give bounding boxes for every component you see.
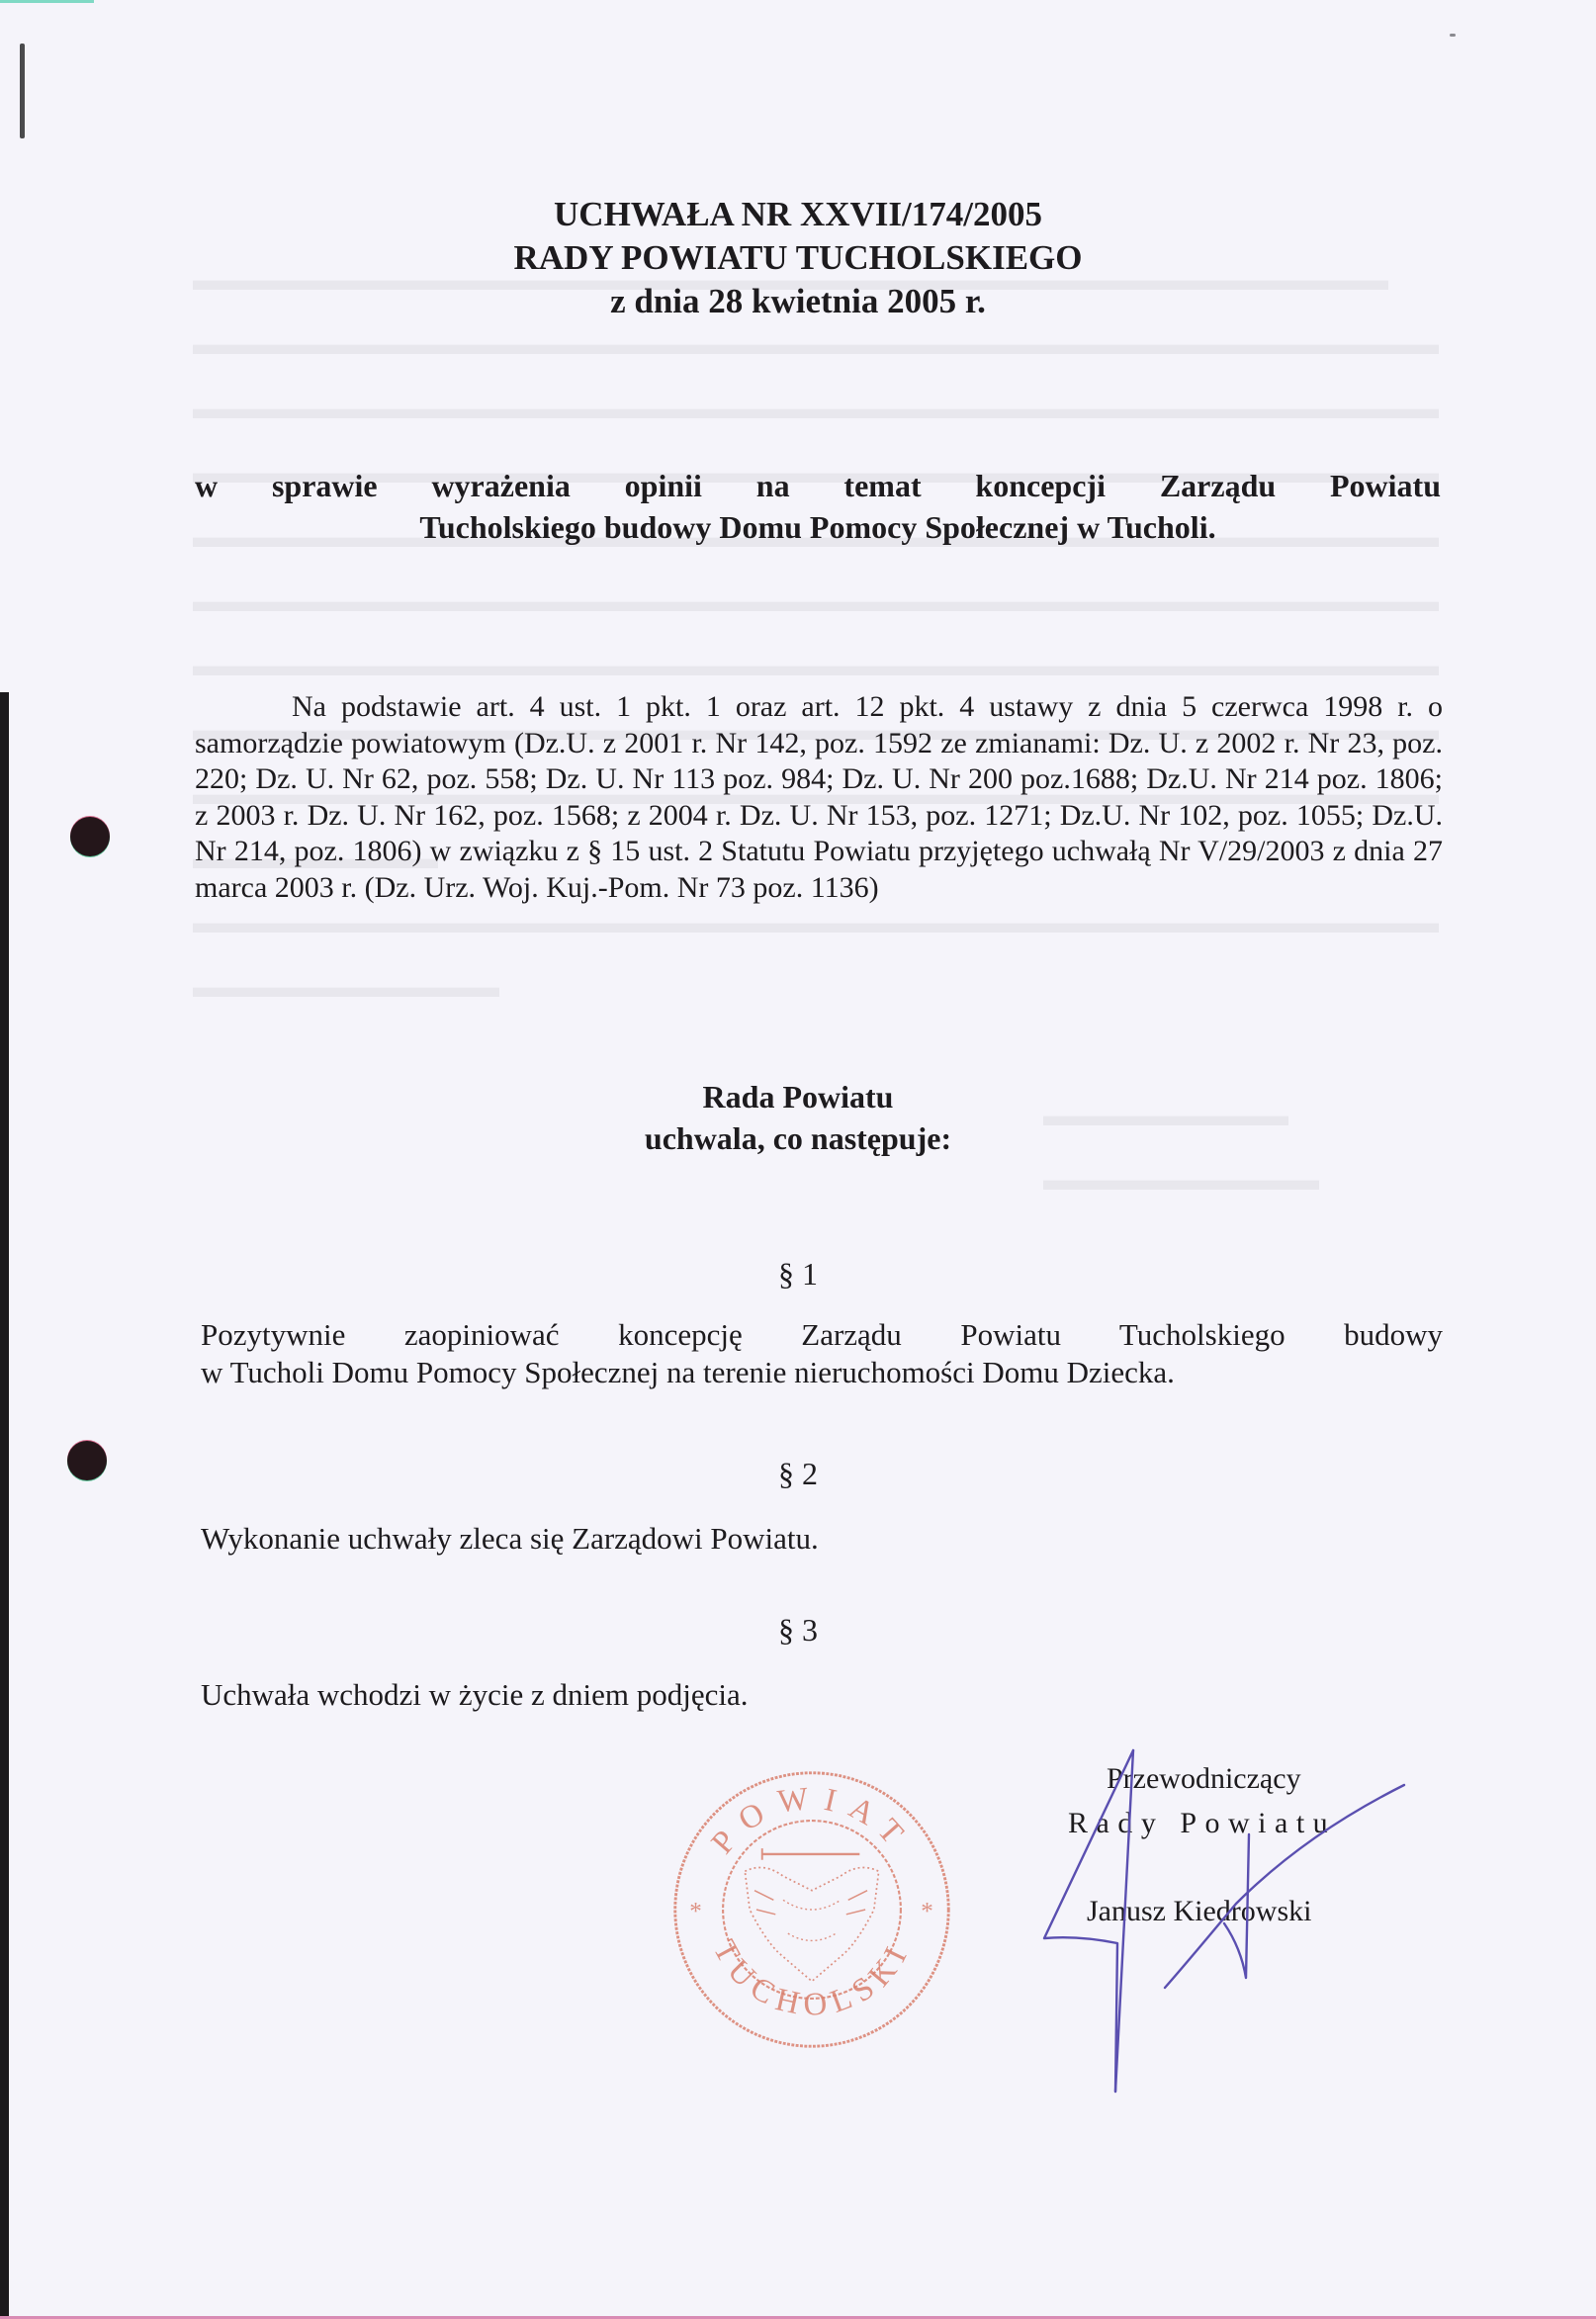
resolution-title: UCHWAŁA NR XXVII/174/2005 RADY POWIATU T… <box>0 193 1596 323</box>
svg-text:TUCHOLSKI: TUCHOLSKI <box>706 1934 918 2023</box>
signatory-council: Rady Powiatu <box>1068 1805 1336 1842</box>
resolution-date: z dnia 28 kwietnia 2005 r. <box>0 280 1596 323</box>
council-resolves: uchwala, co następuje: <box>0 1117 1596 1159</box>
dust-speck <box>1450 34 1456 37</box>
paragraph-1-sign: § 1 <box>0 1254 1596 1293</box>
svg-text:*: * <box>689 1899 702 1925</box>
subject-line-1: w sprawie wyrażenia opinii na temat konc… <box>195 465 1441 506</box>
legal-basis-text: Na podstawie art. 4 ust. 1 pkt. 1 oraz a… <box>195 689 1443 906</box>
paragraph-2-text: Wykonanie uchwały zleca się Zarządowi Po… <box>201 1520 1443 1558</box>
scan-edge-top <box>0 0 94 3</box>
paragraph-3-text: Uchwała wchodzi w życie z dniem podjęcia… <box>201 1676 1443 1714</box>
svg-text:POWIAT: POWIAT <box>705 1780 919 1861</box>
resolution-number: UCHWAŁA NR XXVII/174/2005 <box>0 193 1596 236</box>
staple-mark <box>20 44 25 138</box>
paragraph-1-line-1: Pozytywnie zaopiniować koncepcję Zarządu… <box>201 1316 1443 1354</box>
signatory-name: Janusz Kiedrowski <box>1087 1893 1311 1930</box>
eagle-seal-icon: POWIAT TUCHOLSKI * * <box>668 1766 955 2053</box>
paragraph-2-sign: § 2 <box>0 1454 1596 1493</box>
punch-hole-icon <box>70 817 110 856</box>
council-heading-block: Rada Powiatu uchwala, co następuje: <box>0 1076 1596 1159</box>
paragraph-1-line-2: w Tucholi Domu Pomocy Społecznej na tere… <box>201 1355 1175 1389</box>
document-page: ▬▬▬▬▬▬▬▬▬▬▬▬▬▬▬▬▬▬▬▬▬▬▬▬▬▬▬▬▬▬▬▬▬▬▬▬▬▬▬ … <box>0 0 1596 2319</box>
council-heading: Rada Powiatu <box>0 1076 1596 1117</box>
subject-line-2: Tucholskiego budowy Domu Pomocy Społeczn… <box>195 506 1441 548</box>
official-stamp: POWIAT TUCHOLSKI * * <box>668 1766 955 2053</box>
signatory-title: Przewodniczący <box>1107 1760 1301 1798</box>
scan-edge-left <box>0 692 9 2319</box>
legal-basis: Na podstawie art. 4 ust. 1 pkt. 1 oraz a… <box>195 689 1443 906</box>
resolution-subject: w sprawie wyrażenia opinii na temat konc… <box>195 465 1441 548</box>
svg-text:*: * <box>921 1899 933 1925</box>
paragraph-3-sign: § 3 <box>0 1610 1596 1650</box>
issuing-body: RADY POWIATU TUCHOLSKIEGO <box>0 236 1596 280</box>
paragraph-1-text: Pozytywnie zaopiniować koncepcję Zarządu… <box>201 1316 1443 1391</box>
